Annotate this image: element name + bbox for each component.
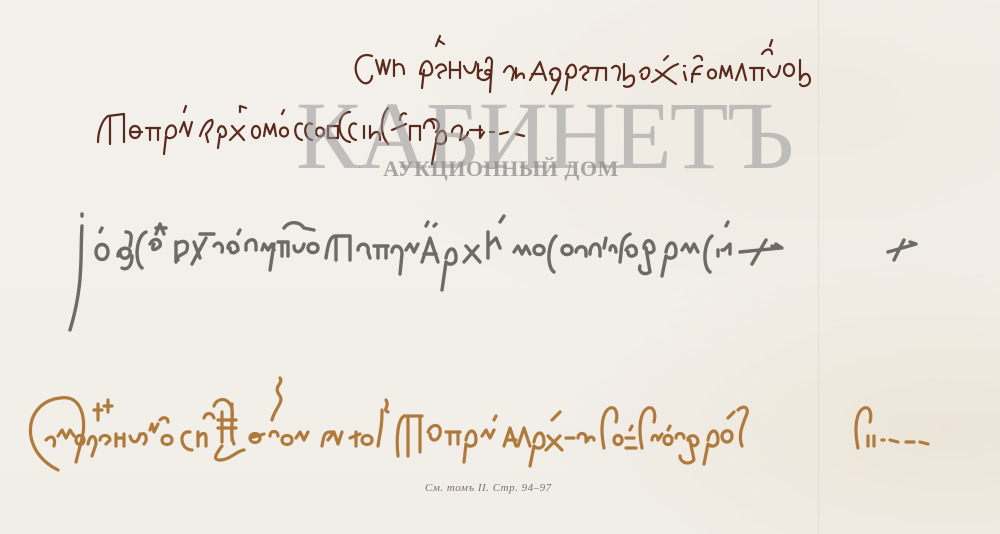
- signature-3-handwriting: [0, 0, 1000, 534]
- page-reference-caption: См. томъ II. Стр. 94–97: [425, 482, 552, 494]
